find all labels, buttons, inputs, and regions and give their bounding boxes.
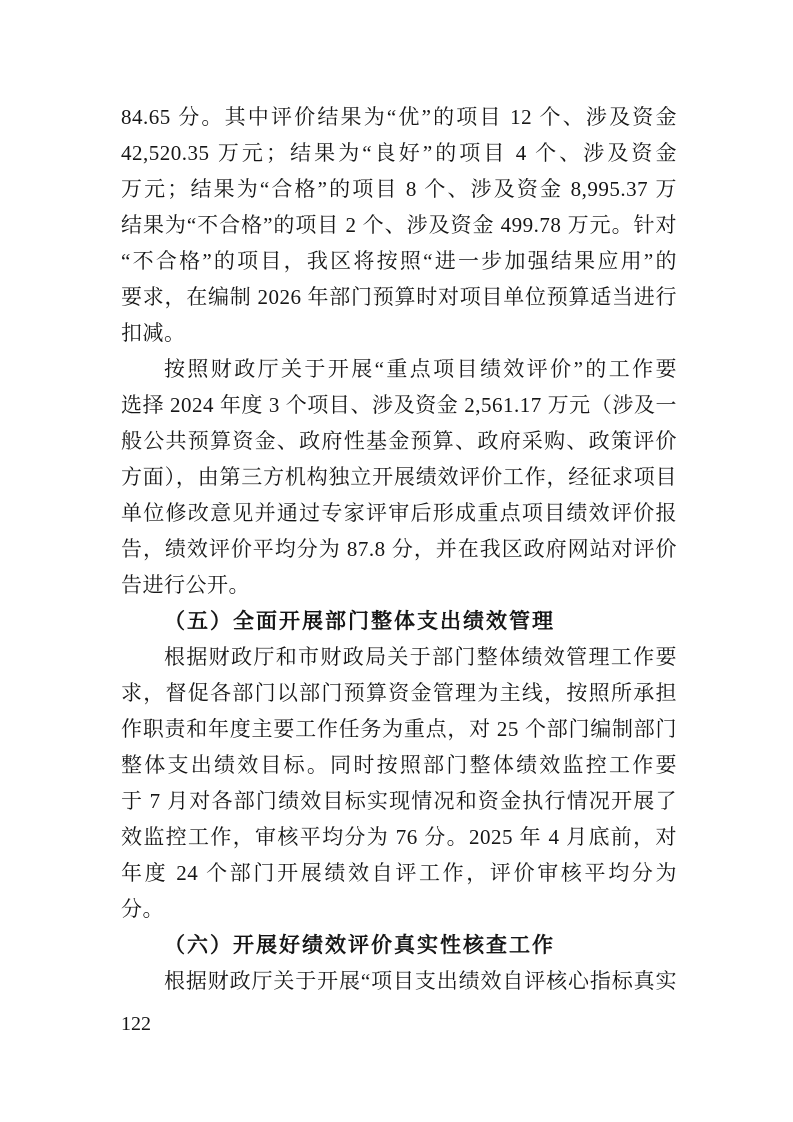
paragraph-end-line: 扣减。 bbox=[121, 315, 677, 351]
body-line: 84.65 分。其中评价结果为“优”的项目 12 个、涉及资金 bbox=[121, 99, 677, 135]
paragraph-end-line: 分。 bbox=[121, 891, 677, 927]
body-line: 告，绩效评价平均分为 87.8 分，并在我区政府网站对评价报 bbox=[121, 531, 677, 567]
body-line: “不合格”的项目，我区将按照“进一步加强结果应用”的 bbox=[121, 243, 677, 279]
body-line: 选择 2024 年度 3 个项目、涉及资金 2,561.17 万元（涉及一 bbox=[121, 387, 677, 423]
paragraph-start-line: 按照财政厅关于开展“重点项目绩效评价”的工作要求， bbox=[121, 351, 677, 387]
body-line: 要求，在编制 2026 年部门预算时对项目单位预算适当进行 bbox=[121, 279, 677, 315]
body-line: 效监控工作，审核平均分为 76 分。2025 年 4 月底前，对 2024 bbox=[121, 819, 677, 855]
body-line: 42,520.35 万元；结果为“良好”的项目 4 个、涉及资金 6,405.4… bbox=[121, 135, 677, 171]
body-line: 于 7 月对各部门绩效目标实现情况和资金执行情况开展了绩 bbox=[121, 783, 677, 819]
document-page: 84.65 分。其中评价结果为“优”的项目 12 个、涉及资金 42,520.3… bbox=[0, 0, 793, 1122]
body-line: 万元；结果为“合格”的项目 8 个、涉及资金 8,995.37 万元； bbox=[121, 171, 677, 207]
body-line: 般公共预算资金、政府性基金预算、政府采购、政策评价等 bbox=[121, 423, 677, 459]
section-heading-5: （五）全面开展部门整体支出绩效管理 bbox=[121, 603, 677, 639]
paragraph-start-line: 根据财政厅关于开展“项目支出绩效自评核心指标真实 bbox=[121, 963, 677, 999]
page-number: 122 bbox=[121, 1011, 151, 1037]
body-line: 结果为“不合格”的项目 2 个、涉及资金 499.78 万元。针对 bbox=[121, 207, 677, 243]
document-body: 84.65 分。其中评价结果为“优”的项目 12 个、涉及资金 42,520.3… bbox=[121, 99, 677, 999]
body-line: 求，督促各部门以部门预算资金管理为主线，按照所承担工 bbox=[121, 675, 677, 711]
body-line: 作职责和年度主要工作任务为重点，对 25 个部门编制部门 bbox=[121, 711, 677, 747]
body-line: 整体支出绩效目标。同时按照部门整体绩效监控工作要求， bbox=[121, 747, 677, 783]
body-line: 方面），由第三方机构独立开展绩效评价工作，经征求项目 bbox=[121, 459, 677, 495]
paragraph-end-line: 告进行公开。 bbox=[121, 567, 677, 603]
body-line: 单位修改意见并通过专家评审后形成重点项目绩效评价报 bbox=[121, 495, 677, 531]
section-heading-6: （六）开展好绩效评价真实性核查工作 bbox=[121, 927, 677, 963]
body-line: 年度 24 个部门开展绩效自评工作，评价审核平均分为 93.24 bbox=[121, 855, 677, 891]
paragraph-start-line: 根据财政厅和市财政局关于部门整体绩效管理工作要 bbox=[121, 639, 677, 675]
